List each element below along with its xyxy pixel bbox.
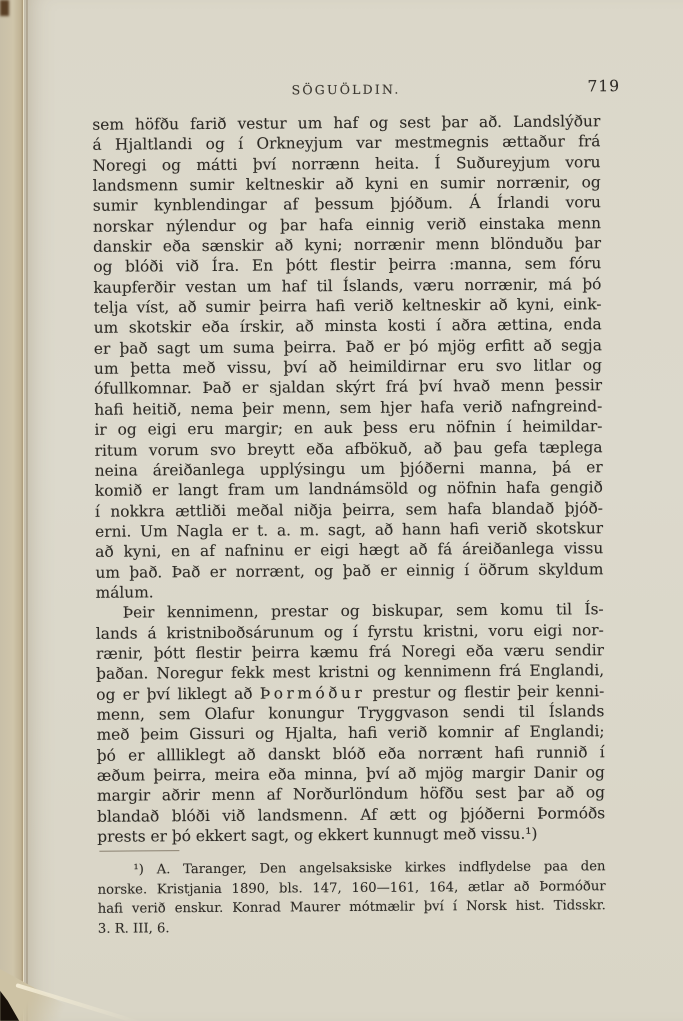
text-line: prests er þó ekkert sagt, og ekkert kunn… [97,823,605,847]
text-line: um það. Það er norrænt, og það er einnig… [95,559,603,583]
text-line: komið er langt fram um landnámsöld og nö… [95,477,603,501]
running-title: SÖGUÖLDIN. [92,80,600,99]
thormodur-name: Þormóður [260,684,366,703]
footnote-line: 3. R. III, 6. [98,916,606,939]
top-left-scan-mark [0,0,9,16]
footnote-rule [99,851,179,853]
page-number: 719 [587,77,620,95]
page-content: SÖGUÖLDIN. 719 sem höfðu farið vestur um… [92,80,606,939]
body-text: sem höfðu farið vestur um haf og sest þa… [92,111,605,847]
page-header: SÖGUÖLDIN. 719 [92,80,600,102]
footnote: ¹) A. Taranger, Den angelsaksiske kirkes… [97,858,606,939]
page-edge [0,0,24,1021]
paragraph: Þeir kennimenn, prestar og biskupar, sem… [96,599,606,847]
text-line: ir og eigi eru margir; en auk þess eru n… [94,416,602,440]
paragraph: sem höfðu farið vestur um haf og sest þa… [92,111,603,603]
text-segment: prestur og flestir þeir kenni- [365,682,604,702]
spine-crease-shadow [26,0,28,1021]
footnote-line: hafi verið enskur. Konrad Maurer mótmæli… [98,896,606,919]
text-segment: og er því liklegt að [96,684,260,703]
